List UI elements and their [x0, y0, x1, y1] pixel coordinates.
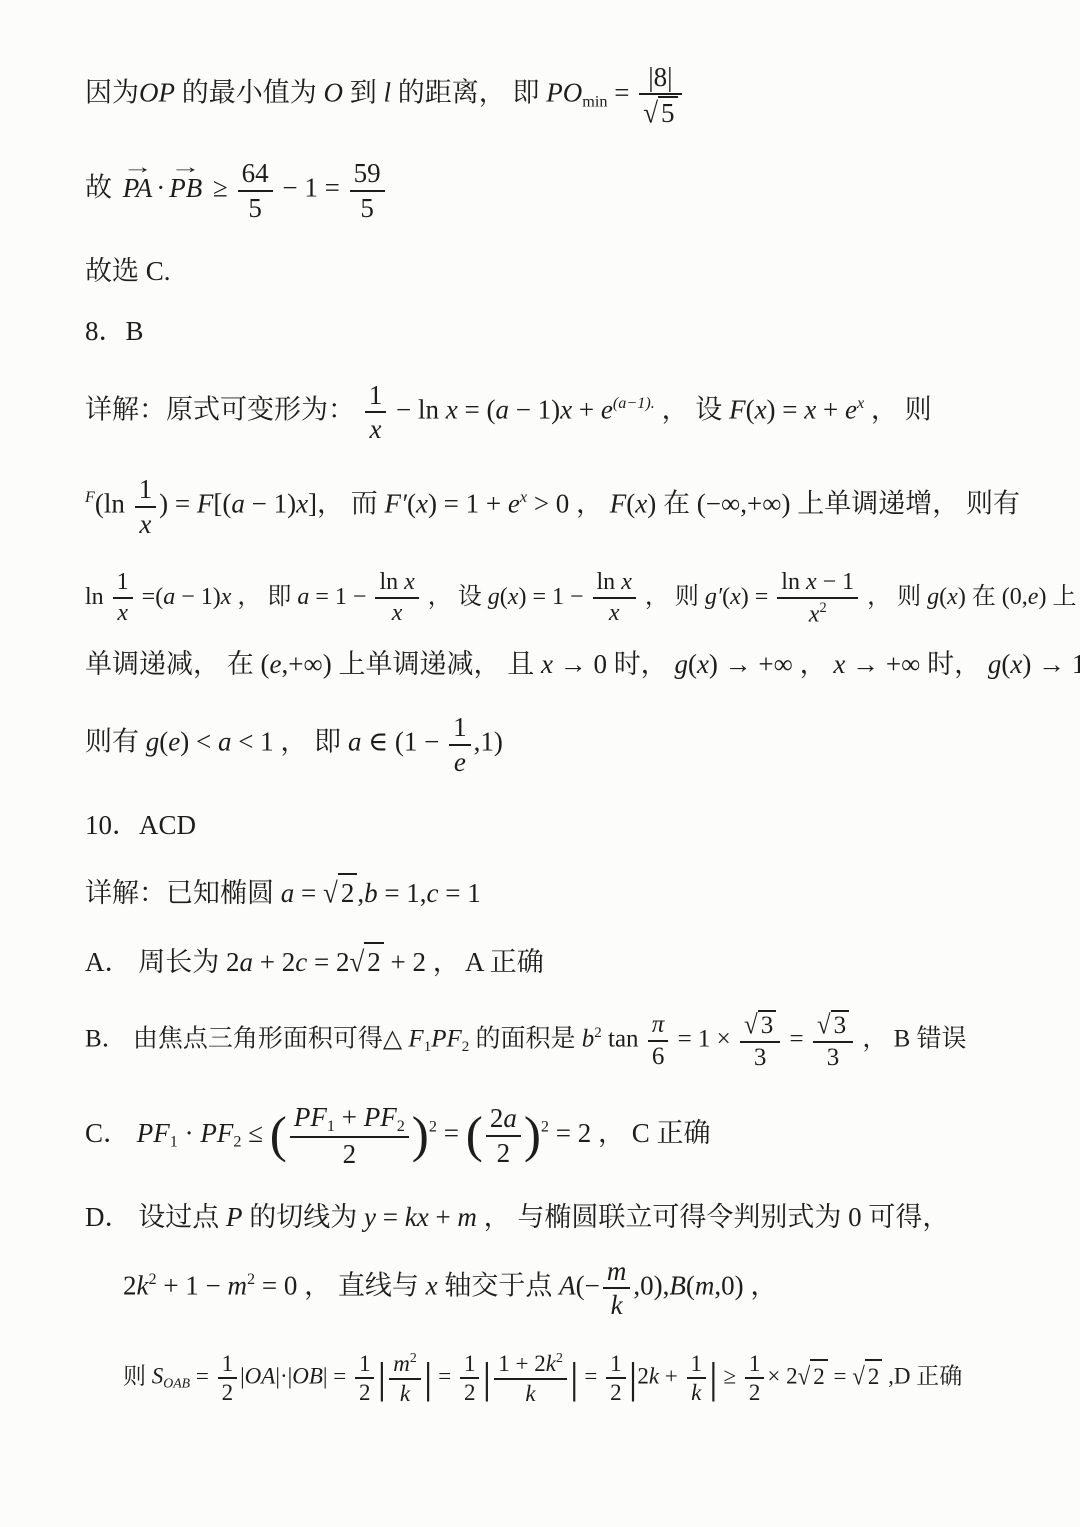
- line-8-f-equation: F(ln 1x) = F[(a − 1)x]， 而 F′(x) = 1 + ex…: [85, 474, 1050, 538]
- line-8-lnx: ln 1x =(a − 1)x ， 即 a = 1 − ln xx ， 设 g(…: [85, 569, 1050, 628]
- fraction: 595: [350, 158, 385, 222]
- square-root: √3: [744, 1010, 776, 1040]
- fraction: 12: [606, 1351, 626, 1407]
- radical-sign: √: [643, 97, 658, 130]
- answer-8: 8．B: [85, 313, 1050, 349]
- line-8-conclusion: 则有 g(e) < a < 1 ， 即 a ∈ (1 − 1e,1): [85, 712, 1050, 776]
- fraction: 12: [218, 1351, 238, 1407]
- fraction: ln x − 1x2: [777, 569, 858, 628]
- fraction: √33: [740, 1010, 780, 1072]
- line-8-transform: 详解：原式可变形为： 1x − ln x = (a − 1)x + e(a−1)…: [85, 380, 1050, 444]
- line-choose-c: 故选 C.: [85, 253, 1050, 289]
- line-option-c: C． PF1 · PF2 ≤ (PF1 + PF22)2 = (2a2)2 = …: [85, 1102, 1050, 1169]
- fraction: 645: [238, 158, 273, 222]
- big-delimiter: |: [570, 1354, 579, 1402]
- fraction: 1x: [135, 474, 157, 538]
- line-option-b: B． 由焦点三角形面积可得△ F1PF2 的面积是 b2 tan π6 = 1 …: [85, 1010, 1050, 1072]
- line-op-min-distance: 因为OP 的最小值为 O 到 l 的距离， 即 POmin = |8|√5: [85, 62, 1050, 128]
- fraction: 1x: [113, 569, 133, 627]
- fraction: mk: [603, 1256, 631, 1320]
- answer-10: 10．ACD: [85, 807, 1050, 843]
- fraction: 1k: [687, 1351, 707, 1407]
- fraction: 2a2: [486, 1103, 521, 1167]
- big-delimiter: |: [709, 1354, 718, 1402]
- square-root: √2: [349, 942, 383, 980]
- square-root: √5: [643, 96, 677, 128]
- line-soab: 则 SOAB = 12|OA|·|OB| = 12|m2k| = 12|1 + …: [123, 1350, 1050, 1406]
- line-pa-dot-pb: 故 →PA·→PB ≥ 645 − 1 = 595: [85, 158, 1050, 222]
- big-delimiter: |: [377, 1354, 386, 1402]
- fraction: PF1 + PF22: [290, 1102, 409, 1169]
- line-d-x-axis: 2k2 + 1 − m2 = 0 ， 直线与 x 轴交于点 A(−mk,0),B…: [123, 1256, 1050, 1320]
- square-root: √2: [323, 873, 357, 911]
- line-option-d: D． 设过点 P 的切线为 y = kx + m ， 与椭圆联立可得令判别式为 …: [85, 1199, 1050, 1235]
- big-delimiter: |: [424, 1354, 433, 1402]
- fraction: ln xx: [593, 569, 636, 627]
- big-delimiter: (: [270, 1107, 287, 1164]
- fraction: 12: [745, 1351, 765, 1407]
- fraction: 1e: [449, 712, 471, 776]
- big-delimiter: (: [466, 1107, 483, 1164]
- big-delimiter: ): [412, 1107, 429, 1164]
- vector: →PB: [169, 170, 202, 206]
- fraction: π6: [648, 1011, 669, 1071]
- radical-sign: √: [817, 1011, 831, 1041]
- fraction: |8|√5: [639, 62, 681, 128]
- vector: →PA: [123, 170, 153, 206]
- fraction: 1 + 2k2k: [494, 1350, 567, 1406]
- square-root: √2: [798, 1359, 828, 1392]
- radical-sign: √: [852, 1359, 865, 1393]
- vector-arrow-icon: →: [159, 158, 212, 177]
- line-option-a: A． 周长为 2a + 2c = 2√2 + 2 ， A 正确: [85, 942, 1050, 980]
- square-root: √3: [817, 1010, 849, 1040]
- document-page: 因为OP 的最小值为 O 到 l 的距离， 即 POmin = |8|√5故 →…: [0, 0, 1080, 1527]
- line-8-monotonic: 单调递减， 在 (e,+∞) 上单调递减， 且 x → 0 时， g(x) → …: [85, 646, 1050, 682]
- fraction: √33: [813, 1010, 853, 1072]
- radical-sign: √: [744, 1011, 758, 1041]
- radical-sign: √: [798, 1359, 811, 1393]
- vector-arrow-icon: →: [114, 158, 161, 177]
- big-delimiter: ): [524, 1107, 541, 1164]
- math-solutions-document: 因为OP 的最小值为 O 到 l 的距离， 即 POmin = |8|√5故 →…: [0, 0, 1080, 1407]
- fraction: 12: [460, 1351, 480, 1407]
- big-delimiter: |: [482, 1354, 491, 1402]
- fraction: ln xx: [375, 569, 418, 627]
- fraction: m2k: [389, 1350, 421, 1406]
- radical-sign: √: [349, 942, 364, 981]
- radical-sign: √: [323, 874, 338, 913]
- fraction: 1x: [365, 380, 387, 444]
- fraction: 12: [355, 1351, 375, 1407]
- square-root: √2: [852, 1359, 882, 1392]
- line-10-given: 详解：已知椭圆 a = √2,b = 1,c = 1: [85, 873, 1050, 911]
